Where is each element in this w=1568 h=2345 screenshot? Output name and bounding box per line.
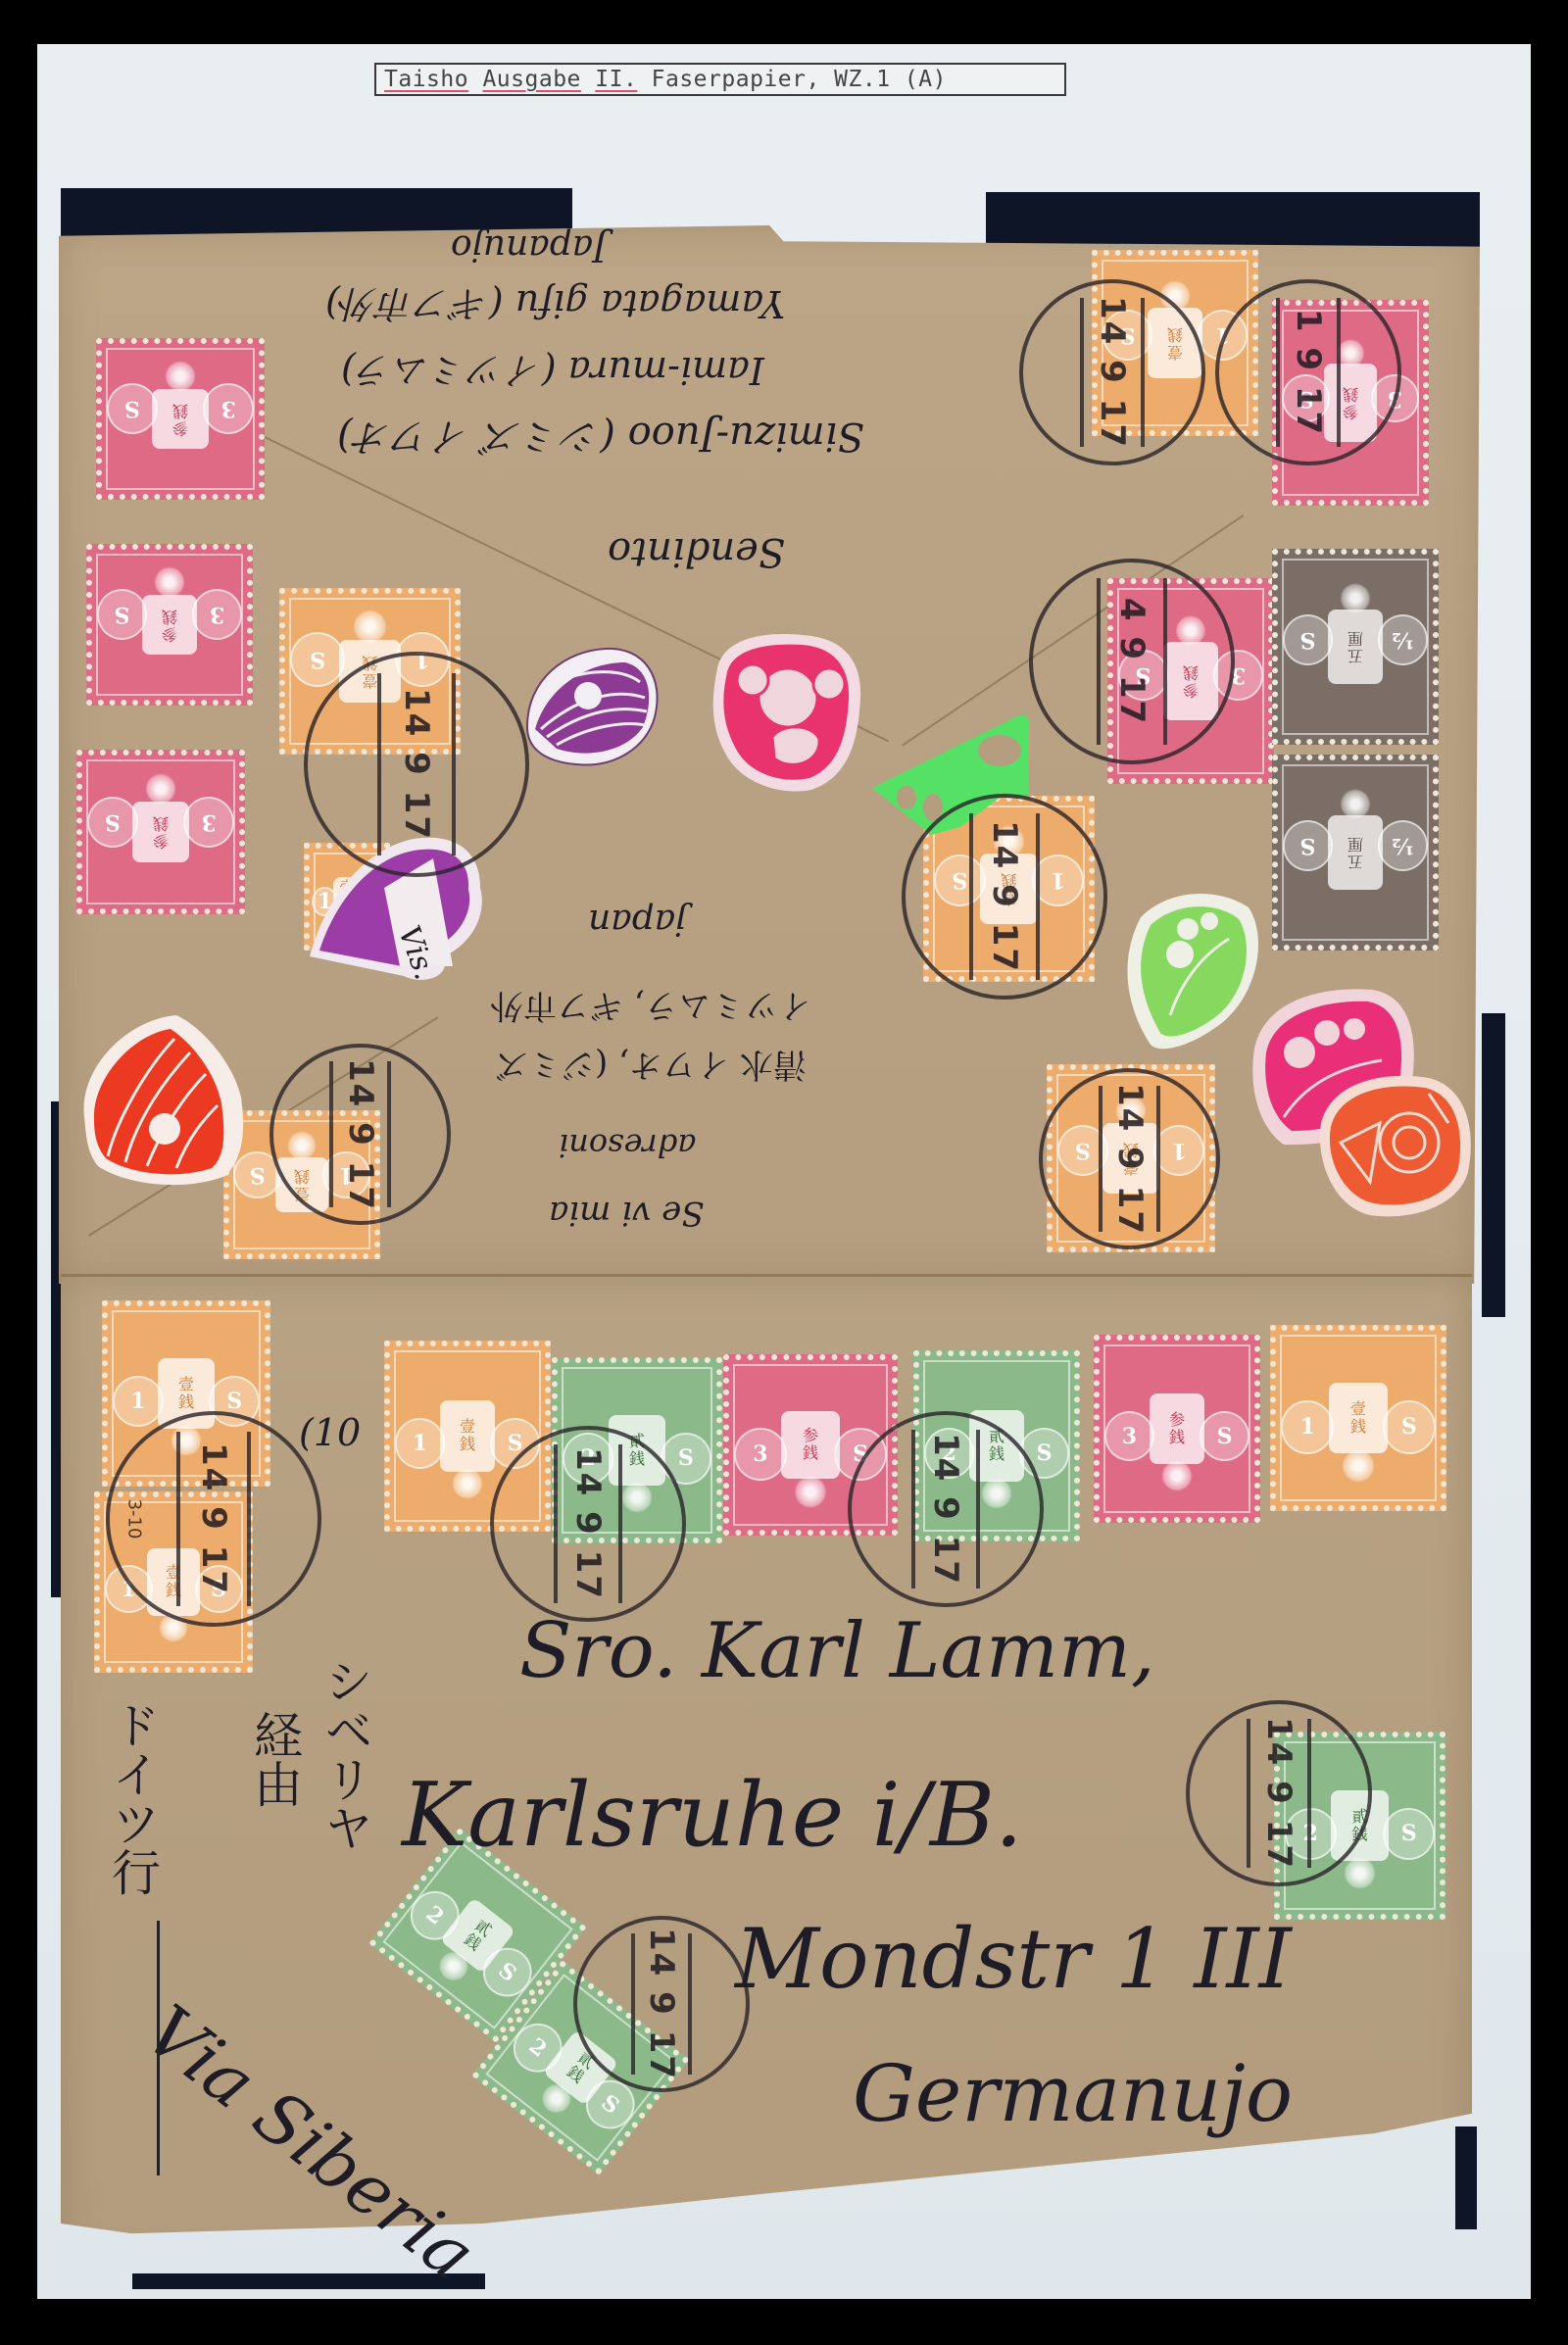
stamp-sen-circle: S [1283, 820, 1333, 870]
mid-sender-line-2: イツミムラ, ギフ市外 [490, 985, 811, 1033]
stamp-kanji-tablet: 五厘 [1328, 610, 1384, 683]
rate-note: (10 [299, 1411, 361, 1454]
mid-sender-line-adresoni: adresoni [559, 1127, 696, 1164]
back-sender-line-japanujo: Japanujo [451, 227, 608, 268]
sticker-purple-tulip [517, 639, 664, 772]
stamp-kanji-tablet: 壹銭 [980, 854, 1038, 923]
stamp-kanji-tablet: 壹銭 [1102, 1123, 1159, 1194]
stamp-sen-circle: S [209, 1376, 260, 1427]
stamp-sen-circle: S [87, 797, 138, 848]
stamp-kanji-tablet: 貳銭 [969, 1410, 1025, 1482]
stamp-pink-3-sen: 3 参銭 S [96, 338, 265, 500]
stamp-sen-circle: S [934, 855, 986, 906]
address-line-name: Sro. Karl Lamm, [519, 1607, 1155, 1695]
mount-right-middle [1482, 1013, 1505, 1317]
chrysanthemum-icon [165, 361, 196, 392]
stamp-orange-1-sen: 1 壹銭 S [384, 1341, 551, 1532]
chrysanthemum-icon [452, 1468, 483, 1499]
stamp-kanji-tablet: 参銭 [142, 595, 198, 655]
mid-sender-line-sevimia: Se vi mia [549, 1194, 705, 1233]
stamp-sen-circle: S [1282, 374, 1329, 421]
label-word-issue: II. [595, 67, 637, 92]
chrysanthemum-icon [1115, 1096, 1147, 1127]
stamp-kanji-tablet: 壹銭 [158, 1358, 215, 1428]
stamp-pink-3-sen: 3 参銭 S [1094, 1335, 1260, 1523]
stamp-kanji-tablet: 壹銭 [147, 1548, 200, 1616]
stamp-value-circle: 1 [113, 1376, 164, 1427]
stamp-value-circle: 1 [105, 1565, 153, 1613]
stamp-sen-circle: S [1102, 310, 1152, 360]
sticker-pink-roses [704, 629, 870, 796]
sticker-red-rose [1311, 1064, 1478, 1221]
back-sender-line-city: Yamagata gifu (ギフ市外) [325, 280, 785, 334]
stamp-sen-circle: S [195, 1565, 243, 1613]
stamp-sen-circle: S [490, 1418, 540, 1468]
stamp-pink-3-sen: 3 参銭 S [76, 750, 245, 914]
stamp-value-circle: ½ [1378, 820, 1428, 870]
stamp-value-circle: 1 [1153, 1125, 1204, 1176]
chrysanthemum-icon [159, 1613, 188, 1642]
chrysanthemum-icon [154, 566, 185, 598]
stamp-kanji-tablet: 参銭 [1163, 642, 1219, 719]
back-sender-line-sendinto: Sendinto [608, 529, 785, 574]
stamp-value-circle: 2 [1285, 1808, 1337, 1860]
stamp-sen-circle: S [1019, 1428, 1069, 1478]
sticker-green-triangle [862, 700, 1034, 837]
jp-routing-germany: ドイツ行 [103, 1700, 162, 1896]
label-word-taisho: Taisho [384, 67, 468, 92]
stamp-value-circle: 3 [1213, 650, 1263, 700]
stamp-value-circle: 1 [322, 1151, 369, 1198]
stamp-brown-half-sen: ½ 五厘 S [1272, 549, 1439, 745]
stamp-orange-1-sen: 1 壹銭 S [279, 588, 461, 755]
chrysanthemum-icon [794, 1476, 826, 1508]
stamp-orange-1-sen: 1 壹銭 S [223, 1110, 380, 1259]
stamp-sen-circle: S [1383, 1400, 1436, 1453]
chrysanthemum-icon [353, 610, 387, 644]
album-title-label: Taisho Ausgabe II. Faserpapier, WZ.1 (A) [374, 63, 1066, 96]
stamp-kanji-tablet: 参銭 [132, 802, 189, 862]
chrysanthemum-icon [145, 773, 176, 805]
chrysanthemum-icon [1161, 1460, 1193, 1491]
stamp-sen-circle: S [1283, 614, 1333, 664]
stamp-kanji-tablet: 参銭 [1324, 364, 1376, 441]
chrysanthemum-icon [171, 1425, 202, 1456]
mount-bottom-right [1455, 2126, 1477, 2229]
stamp-value-circle: 1 [395, 632, 450, 687]
chrysanthemum-icon [1336, 339, 1365, 368]
sticker-purple-heart: Vis. [306, 819, 492, 986]
stamp-sen-circle: S [97, 589, 147, 639]
mid-sender-line-japan: japan [588, 902, 686, 942]
address-line-street: Mondstr 1 III [735, 1911, 1292, 2007]
chrysanthemum-icon [1344, 1857, 1376, 1889]
stamp-orange-1-sen: 1 壹銭 S [1047, 1064, 1215, 1252]
stamp-orange-1-sen: 1 壹銭 S [94, 1491, 253, 1673]
stamp-sen-circle: S [1383, 1808, 1435, 1860]
stamp-kanji-tablet: 参銭 [781, 1411, 840, 1479]
stamp-value-circle: 3 [734, 1428, 787, 1481]
stamp-value-circle: 1 [1032, 855, 1084, 906]
stamp-orange-1-sen: 1 壹銭 S [1092, 250, 1258, 436]
stamp-value-circle: 3 [203, 383, 254, 434]
chrysanthemum-icon [981, 1478, 1012, 1509]
stamp-pink-3-sen: 3 参銭 S [723, 1354, 898, 1536]
address-line-country: Germanujo [853, 2048, 1293, 2139]
stamp-sen-circle: S [290, 632, 345, 687]
stamp-value-circle: 3 [1371, 374, 1418, 421]
stamp-green-2-sen: 2 貳銭 S [913, 1350, 1080, 1541]
stamp-value-circle: 3 [183, 797, 234, 848]
mid-sender-line-3: 清水 イワオ, (ジミズ [495, 1044, 807, 1092]
ink-vertical-stroke [157, 1921, 160, 2175]
stamp-pink-3-sen: 3 参銭 S [86, 544, 253, 706]
chrysanthemum-icon [1342, 1449, 1375, 1483]
stamp-value-circle: ½ [1378, 614, 1428, 664]
stamp-sen-circle: S [661, 1433, 712, 1485]
back-sender-line-name: Simizu-Juoo (シミズ イワオ) [337, 412, 864, 467]
stamp-sen-circle: S [107, 383, 158, 434]
stamp-brown-half-sen: ½ 五厘 S [1272, 755, 1439, 951]
stamp-sen-circle: S [1057, 1125, 1108, 1176]
jp-routing-via: 経由 [245, 1710, 304, 1808]
stamp-orange-1-sen: 1 壹銭 S [102, 1300, 270, 1487]
stamp-green-2-sen: 2 貳銭 S [1274, 1732, 1445, 1920]
stamp-kanji-tablet: 五厘 [1328, 815, 1384, 889]
label-paper-watermark: Faserpapier, WZ.1 [637, 67, 905, 92]
stamp-kanji-tablet: 貳銭 [609, 1415, 665, 1485]
stamp-value-circle: 2 [924, 1428, 974, 1478]
stamp-kanji-tablet: 貳銭 [1331, 1790, 1389, 1861]
label-word-ausgabe: Ausgabe [482, 67, 580, 92]
stamp-green-2-sen: 2 貳銭 S [552, 1357, 722, 1543]
stamp-pink-3-sen: 3 参銭 S [1107, 578, 1274, 784]
chrysanthemum-icon [1340, 583, 1371, 614]
stamp-kanji-tablet: 壹銭 [339, 640, 400, 702]
stamp-sen-circle: S [834, 1428, 887, 1481]
stamp-kanji-tablet: 壹銭 [440, 1400, 496, 1472]
stamp-pink-3-sen: 3 参銭 S [1272, 300, 1429, 506]
chrysanthemum-icon [287, 1131, 317, 1160]
sticker-red-tulip [69, 1009, 245, 1191]
stamp-orange-1-sen: 1 壹銭 S [1270, 1325, 1446, 1511]
stamp-kanji-tablet: 壹銭 [1329, 1383, 1388, 1452]
chrysanthemum-icon [1340, 789, 1371, 820]
chrysanthemum-icon [1175, 615, 1206, 647]
stamp-kanji-tablet: 参銭 [1150, 1393, 1205, 1464]
stamp-value-circle: 1 [1198, 310, 1248, 360]
stamp-value-circle: 1 [1281, 1400, 1334, 1453]
stamp-sen-circle: S [1118, 650, 1168, 700]
jp-routing-siberia: シベリヤ [316, 1656, 374, 1852]
stamp-kanji-tablet: 壹銭 [1148, 308, 1203, 377]
mount-top-right [986, 192, 1480, 251]
back-sender-line-village: Iami-mura (イツミムラ) [341, 347, 764, 401]
stamp-value-circle: 1 [395, 1418, 445, 1468]
stamp-kanji-tablet: 壹銭 [275, 1157, 327, 1212]
address-line-city: Karlsruhe i/B. [402, 1764, 1023, 1867]
stamp-kanji-tablet: 参銭 [152, 389, 209, 449]
label-variant: (A) [905, 67, 947, 92]
stamp-value-circle: 2 [563, 1433, 614, 1485]
chrysanthemum-icon [1159, 280, 1191, 312]
stamp-value-circle: 3 [192, 589, 242, 639]
envelope-fold [61, 1274, 1472, 1277]
